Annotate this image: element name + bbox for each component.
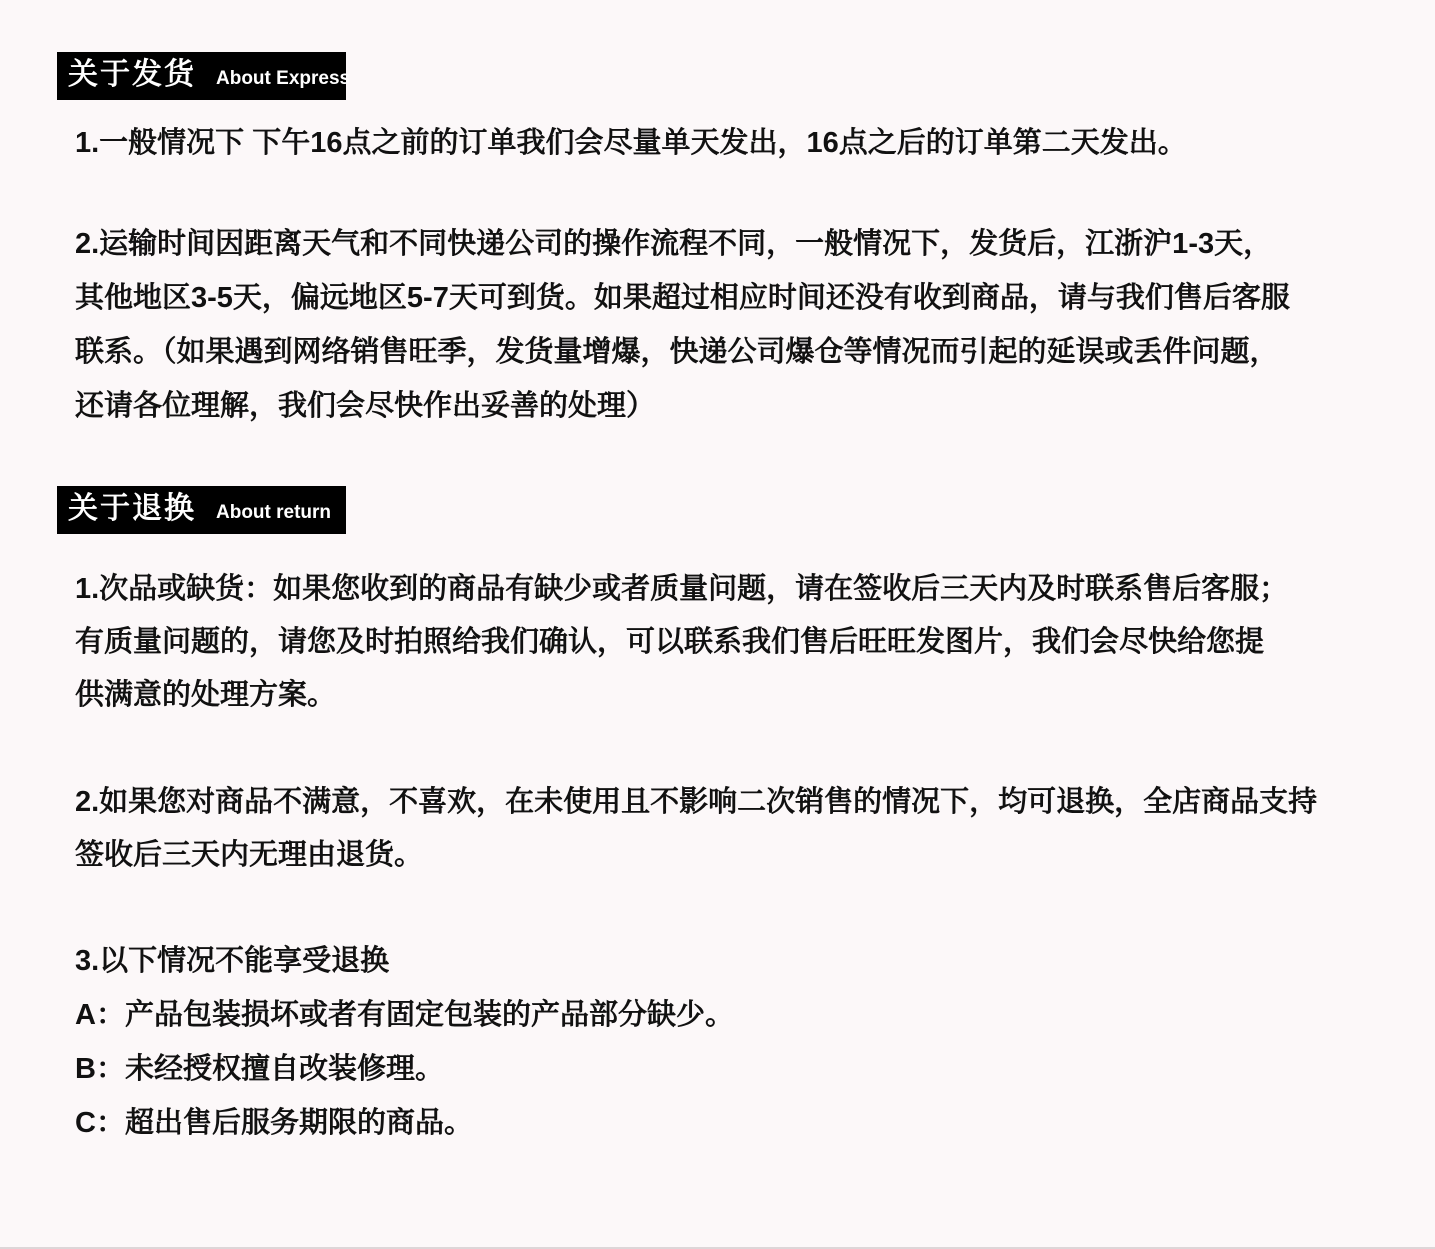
express-paragraph-2: 2.运输时间因距离天气和不同快递公司的操作流程不同，一般情况下，发货后，江浙沪1… xyxy=(75,217,1405,433)
return-exclusion-item-b: B：未经授权擅自改装修理。 xyxy=(75,1042,1405,1096)
return-exclusion-item-c: C：超出售后服务期限的商品。 xyxy=(75,1096,1405,1150)
return-section-title: 关于退换 xyxy=(68,492,196,525)
paragraph-line: 2.如果您对商品不满意，不喜欢，在未使用且不影响二次销售的情况下，均可退换，全店… xyxy=(75,776,1405,829)
return-paragraph-3: 3.以下情况不能享受退换 A：产品包装损坏或者有固定包装的产品部分缺少。 B：未… xyxy=(75,934,1405,1150)
paragraph-line: 2.运输时间因距离天气和不同快递公司的操作流程不同，一般情况下，发货后，江浙沪1… xyxy=(75,217,1405,271)
express-section-title: 关于发货 xyxy=(68,58,196,91)
paragraph-line: 还请各位理解，我们会尽快作出妥善的处理） xyxy=(75,379,1405,433)
return-paragraph-1: 1.次品或缺货：如果您收到的商品有缺少或者质量问题，请在签收后三天内及时联系售后… xyxy=(75,563,1405,722)
express-section-subtitle: About Express xyxy=(216,68,350,89)
paragraph-line: 其他地区3-5天，偏远地区5-7天可到货。如果超过相应时间还没有收到商品，请与我… xyxy=(75,271,1405,325)
return-exclusion-item-a: A：产品包装损坏或者有固定包装的产品部分缺少。 xyxy=(75,988,1405,1042)
return-paragraph-2: 2.如果您对商品不满意，不喜欢，在未使用且不影响二次销售的情况下，均可退换，全店… xyxy=(75,776,1405,882)
paragraph-line: 1.一般情况下 下午16点之前的订单我们会尽量单天发出，16点之后的订单第二天发… xyxy=(75,116,1405,170)
paragraph-line: 签收后三天内无理由退货。 xyxy=(75,829,1405,882)
express-section-header: 关于发货About Express xyxy=(57,52,346,100)
paragraph-line: 有质量问题的，请您及时拍照给我们确认，可以联系我们售后旺旺发图片，我们会尽快给您… xyxy=(75,616,1405,669)
paragraph-line: 供满意的处理方案。 xyxy=(75,669,1405,722)
policy-page: 关于发货About Express 1.一般情况下 下午16点之前的订单我们会尽… xyxy=(0,0,1435,1249)
express-paragraph-1: 1.一般情况下 下午16点之前的订单我们会尽量单天发出，16点之后的订单第二天发… xyxy=(75,116,1405,170)
return-section-header: 关于退换About return xyxy=(57,486,346,534)
paragraph-line: 联系。（如果遇到网络销售旺季，发货量增爆，快递公司爆仓等情况而引起的延误或丢件问… xyxy=(75,325,1405,379)
paragraph-line: 3.以下情况不能享受退换 xyxy=(75,934,1405,988)
paragraph-line: 1.次品或缺货：如果您收到的商品有缺少或者质量问题，请在签收后三天内及时联系售后… xyxy=(75,563,1405,616)
return-section-subtitle: About return xyxy=(216,502,331,523)
